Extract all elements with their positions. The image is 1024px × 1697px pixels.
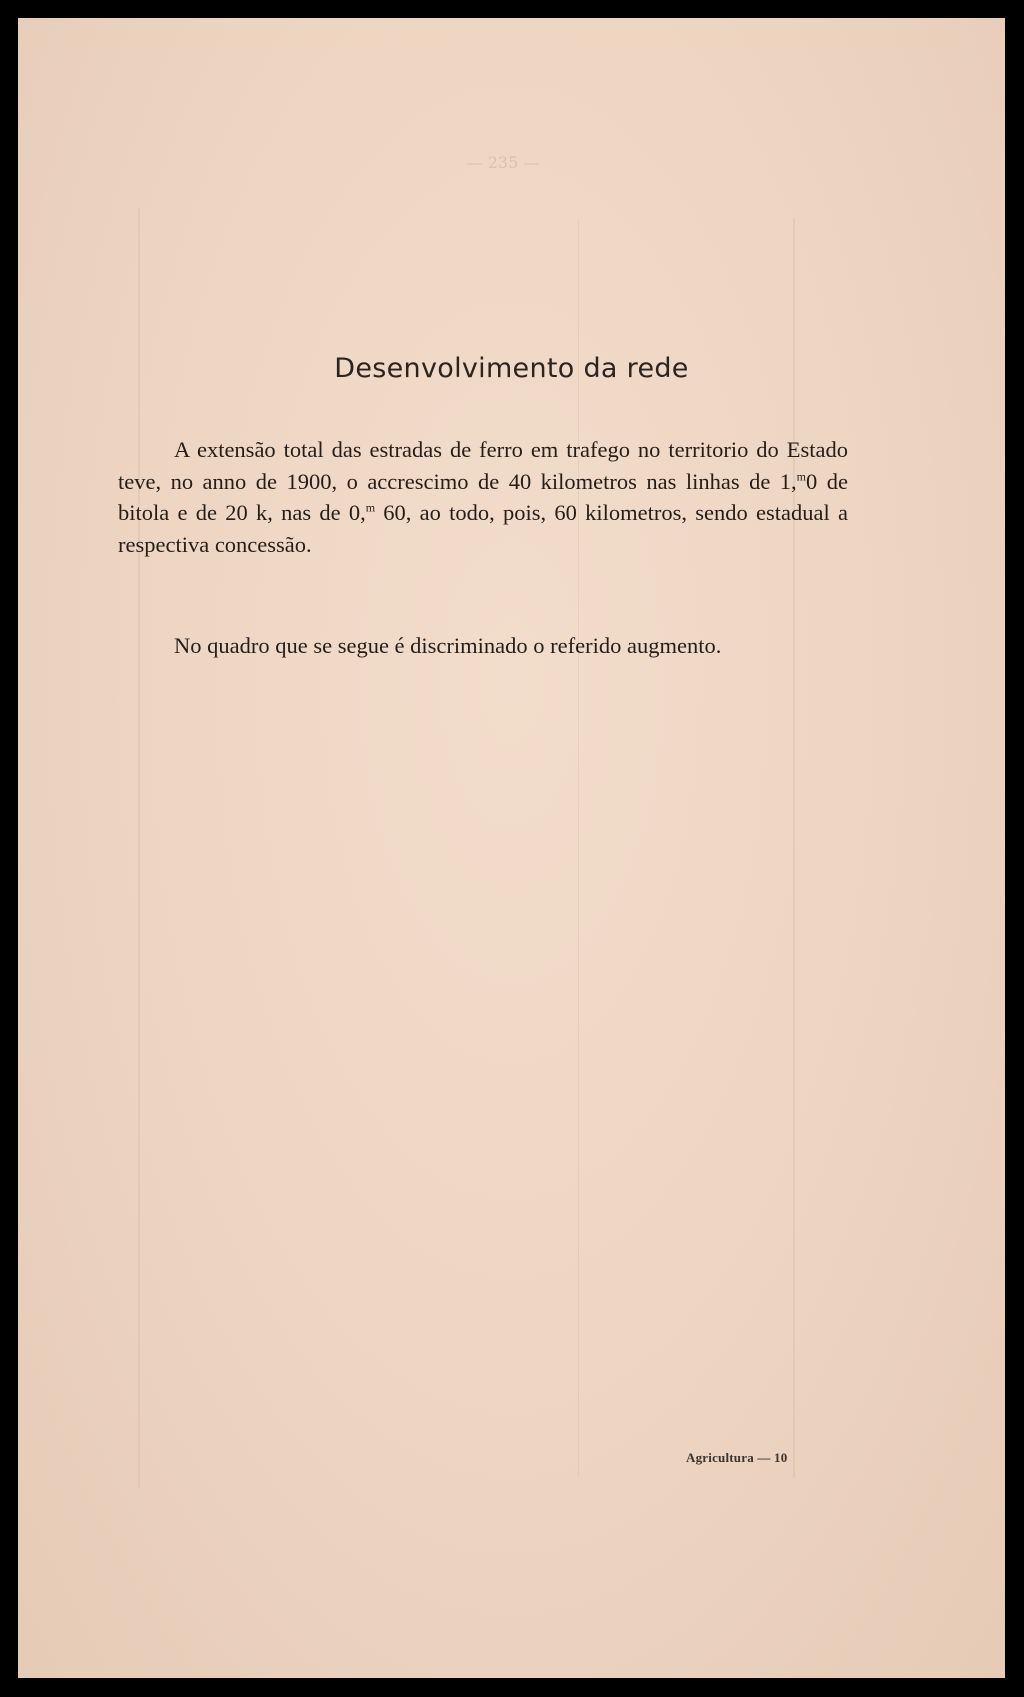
unit-superscript: m — [797, 469, 806, 483]
bleed-through-rule — [793, 218, 795, 1478]
bleed-through-rule — [138, 208, 140, 1488]
page-number: — 235 — — [423, 153, 583, 172]
paragraph-text: A extensão total das estradas de ferro e… — [118, 437, 848, 494]
body-paragraph: No quadro que se segue é discriminado o … — [118, 630, 848, 662]
bleed-through-rule — [578, 218, 579, 1478]
unit-superscript: m — [366, 501, 375, 515]
document-page: — 235 — Desenvolvimento da rede A extens… — [18, 18, 1005, 1678]
signature-label: Agricultura — 10 — [686, 1450, 787, 1466]
body-paragraph: A extensão total das estradas de ferro e… — [118, 434, 848, 560]
section-title: Desenvolvimento da rede — [18, 353, 1005, 384]
